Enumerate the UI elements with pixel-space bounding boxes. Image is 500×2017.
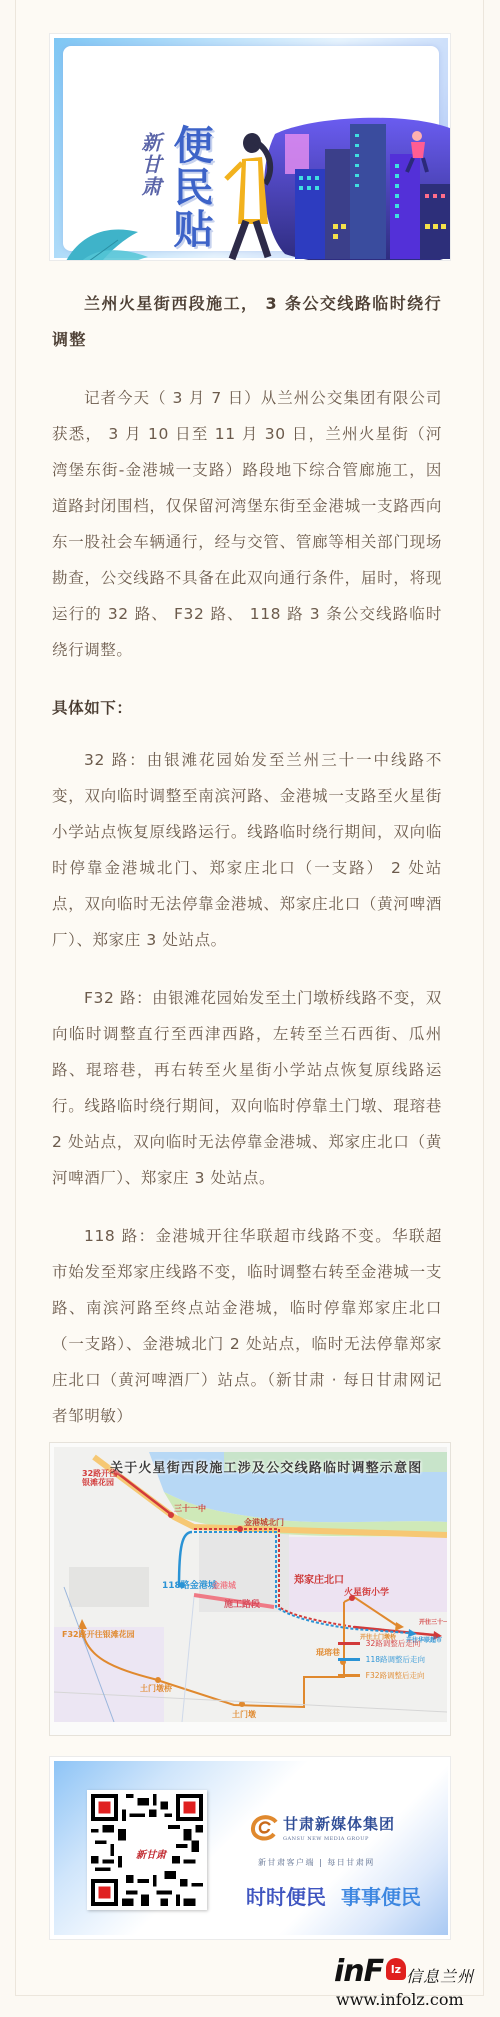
watermark-name: 信息兰州 [406, 1964, 474, 1987]
legend-swatch-32 [338, 1642, 360, 1645]
map-title: 关于火星街西段施工涉及公交线路临时调整示意图 [110, 1457, 422, 1476]
map-canvas: 关于火星街西段施工涉及公交线路临时调整示意图 32路开往 银滩花园 三十一中 金… [54, 1447, 447, 1722]
route-map-image: 关于火星街西段施工涉及公交线路临时调整示意图 32路开往 银滩花园 三十一中 金… [49, 1442, 451, 1736]
map-legend: 32路调整后走向 118路调整后走向 F32路调整后走向 [338, 1638, 425, 1686]
slogan-part-1: 时时便民 [246, 1885, 326, 1909]
slogan: 时时便民 事事便民 [246, 1881, 421, 1910]
infolz-watermark: inF lz 信息兰州 www.infolz.com [334, 1950, 494, 2015]
legend-swatch-f32 [338, 1674, 360, 1677]
leaf-decoration-icon [58, 212, 148, 261]
banner-title: 便民贴 [169, 124, 213, 250]
intro-paragraph: 记者今天（ 3 月 7 日）从兰州公交集团有限公司获悉， 3 月 10 日至 1… [52, 380, 442, 668]
gansu-media-swirl-icon [250, 1814, 280, 1842]
map-label-to-yintan: 32路开往 银滩花园 [82, 1469, 117, 1487]
gansu-media-logo: 甘肃新媒体集团 GANSU NEW MEDIA GROUP [250, 1813, 395, 1842]
route-f32-paragraph: F32 路：由银滩花园始发至土门墩桥线路不变，双向临时调整直行至西津西路，左转至… [52, 980, 442, 1196]
map-label-huoxingjie-school: 火星街小学 [344, 1585, 389, 1598]
legend-row-f32: F32路调整后走向 [338, 1670, 425, 1681]
article-body: 兰州火星街西段施工， 3 条公交线路临时绕行调整 记者今天（ 3 月 7 日）从… [52, 286, 442, 1456]
map-label-118-jingang: 118路金港城 [162, 1578, 217, 1591]
watermark-url: www.infolz.com [336, 1990, 464, 2009]
brand-xingansu: 新甘肃 [133, 132, 163, 198]
channels-text: 新甘肃客户端 | 每日甘肃网 [258, 1857, 375, 1868]
map-label-f32-to-yintan: F32路开往银滩花园 [62, 1629, 135, 1640]
map-label-to-31: 开往三十一中 [419, 1617, 447, 1626]
map-label-no31: 三十一中 [174, 1503, 206, 1514]
legend-label-118: 118路调整后走向 [366, 1654, 425, 1665]
route-118-paragraph: 118 路：金港城开往华联超市线路不变。华联超市始发至郑家庄线路不变，临时调整右… [52, 1218, 442, 1434]
footer-promo-card: 新甘肃 甘肃新媒体集团 GANSU NEW MEDIA GROUP 新甘肃客户端… [49, 1756, 451, 1940]
map-label-tumendun: 土门墩 [232, 1709, 256, 1720]
subheading: 具体如下： [52, 690, 442, 726]
walking-woman-icon [220, 129, 290, 261]
header-banner: 新甘肃 便民贴 [49, 33, 451, 261]
watermark-logo: inF [334, 1954, 383, 1989]
slogan-part-2: 事事便民 [341, 1885, 421, 1909]
legend-label-f32: F32路调整后走向 [366, 1670, 425, 1681]
legend-row-32: 32路调整后走向 [338, 1638, 425, 1649]
article-title: 兰州火星街西段施工， 3 条公交线路临时绕行调整 [52, 286, 442, 358]
map-label-tumendun-bridge: 土门墩桥 [140, 1683, 172, 1694]
qr-center-logo: 新甘肃 [131, 1846, 171, 1861]
group-name: 甘肃新媒体集团 [283, 1813, 395, 1834]
map-label-construction: 施工路段 [224, 1597, 260, 1610]
legend-swatch-118 [338, 1658, 360, 1661]
legend-label-32: 32路调整后走向 [366, 1638, 421, 1649]
qr-code[interactable]: 新甘肃 [87, 1790, 207, 1910]
map-label-kunrong: 琨瑢巷 [316, 1647, 340, 1658]
watermark-badge: lz [386, 1958, 406, 1980]
map-label-jingang-north: 金港城北门 [244, 1517, 284, 1528]
map-label-jingangcheng: 金港城 [212, 1580, 236, 1591]
route-32-paragraph: 32 路：由银滩花园始发至兰州三十一中线路不变，双向临时调整至南滨河路、金港城一… [52, 742, 442, 958]
legend-row-118: 118路调整后走向 [338, 1654, 425, 1665]
map-label-zhengjiazhuang-north: 郑家庄北口 [294, 1571, 344, 1586]
group-name-en: GANSU NEW MEDIA GROUP [283, 1836, 395, 1842]
